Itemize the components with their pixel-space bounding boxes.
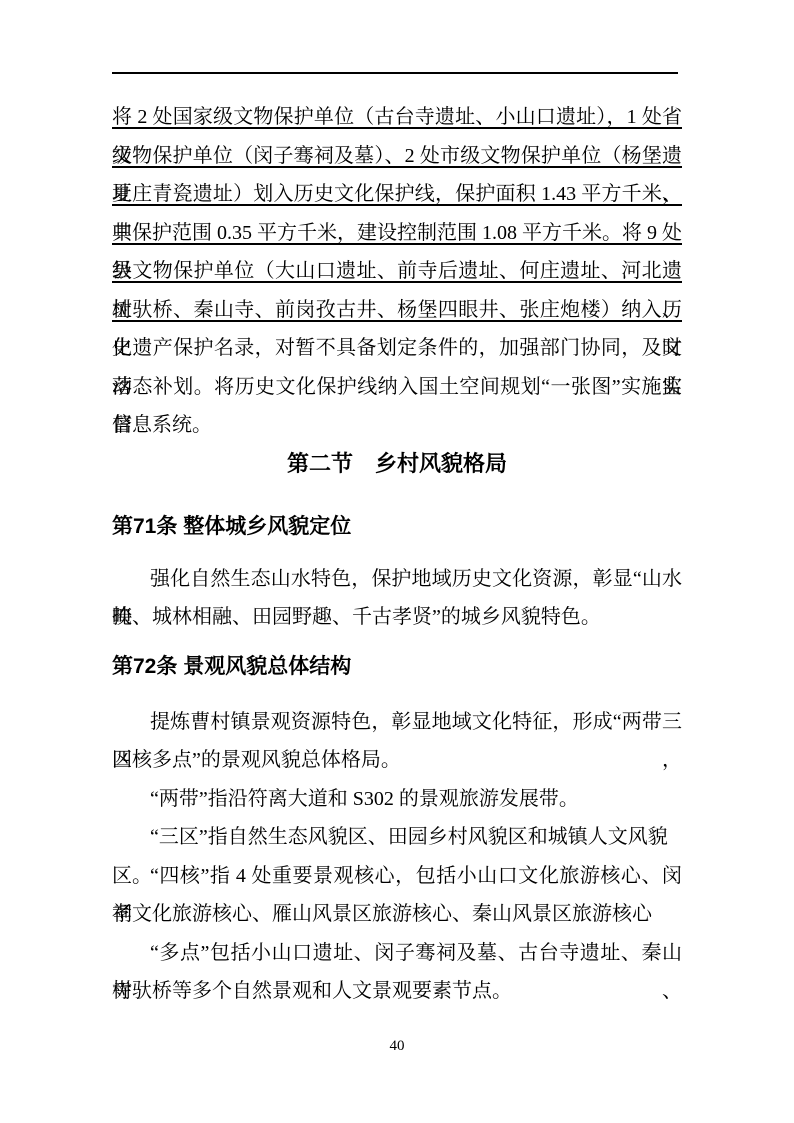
document-body: 将 2 处国家级文物保护单位（古台寺遗址、小山口遗址），1 处省级 文物保护单位… xyxy=(112,98,682,1011)
text-line: “四核”指 4 处重要景观核心，包括小山口文化旅游核心、闵祠 xyxy=(112,857,682,896)
section-heading: 第二节 乡村风貌格局 xyxy=(112,451,682,477)
article-71-paragraph: 强化自然生态山水特色，保护地域历史文化资源，彰显“山水掩 映、城林相融、田园野趣… xyxy=(112,560,682,637)
article-72-heading: 第72条 景观风貌总体结构 xyxy=(112,654,682,679)
document-page: 将 2 处国家级文物保护单位（古台寺遗址、小山口遗址），1 处省级 文物保护单位… xyxy=(0,0,794,1123)
text-line: 级文物保护单位（大山口遗址、前寺后遗址、何庄遗址、河北遗址、 xyxy=(112,252,682,291)
header-rule xyxy=(112,72,678,74)
paragraph-continuation: 将 2 处国家级文物保护单位（古台寺遗址、小山口遗址），1 处省级 文物保护单位… xyxy=(112,98,682,445)
page-number: 40 xyxy=(0,1036,794,1056)
text-line: 动态补划。将历史文化保护线纳入国土空间规划“一张图”实施监督 xyxy=(112,368,682,407)
text-line: “三区”指自然生态风貌区、田园乡村风貌区和城镇人文风貌区。 xyxy=(112,818,682,857)
text-line: 化遗产保护名录，对暂不具备划定条件的，加强部门协同，及时落实 xyxy=(112,329,682,368)
article-71-heading: 第71条 整体城乡风貌定位 xyxy=(112,514,682,539)
plain-text: 信息系统。 xyxy=(112,414,212,436)
text-line: 强化自然生态山水特色，保护地域历史文化资源，彰显“山水掩 xyxy=(112,560,682,599)
text-line: 孝文化旅游核心、雁山风景区旅游核心、秦山风景区旅游核心 xyxy=(112,895,682,934)
text-line: 夏庄青瓷遗址）划入历史文化保护线，保护面积 1.43 平方千米，其 xyxy=(112,175,682,214)
text-line: “两带”指沿符离大道和 S302 的景观旅游发展带。 xyxy=(112,780,682,819)
text-line: 映、城林相融、田园野趣、千古孝贤”的城乡风貌特色。 xyxy=(112,598,682,637)
text-line: 中保护范围 0.35 平方千米，建设控制范围 1.08 平方千米。将 9 处县 xyxy=(112,214,682,253)
text-line: 将 2 处国家级文物保护单位（古台寺遗址、小山口遗址），1 处省级 xyxy=(112,98,682,137)
underlined-text: 树驮桥、秦山寺、前岗孜古井、杨堡四眼井、张庄炮楼） xyxy=(112,299,621,321)
text-line: 信息系统。 xyxy=(112,406,682,445)
text-line: “多点”包括小山口遗址、闵子骞祠及墓、古台寺遗址、秦山寺、 xyxy=(112,934,682,973)
text-line: 文物保护单位（闵子骞祠及墓）、2 处市级文物保护单位（杨堡遗址、 xyxy=(112,137,682,176)
text-line: 提炼曹村镇景观资源特色，彰显地域文化特征，形成“两带三区， xyxy=(112,703,682,742)
text-line: 树驮桥、秦山寺、前岗孜古井、杨堡四眼井、张庄炮楼）纳入历史文 xyxy=(112,291,682,330)
article-72-paragraph: 提炼曹村镇景观资源特色，彰显地域文化特征，形成“两带三区， 四核多点”的景观风貌… xyxy=(112,703,682,1011)
